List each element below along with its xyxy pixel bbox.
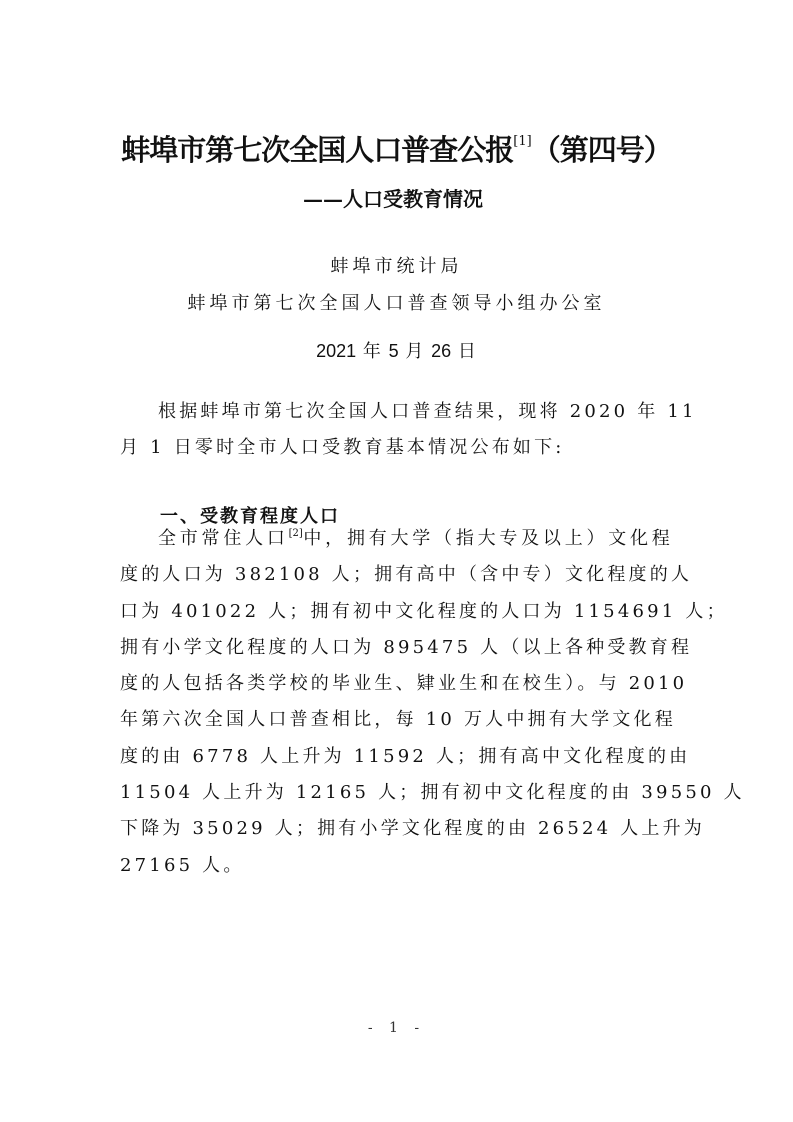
line-suffix: 中，拥有大学（指大专及以上）文化程 — [303, 528, 673, 549]
paragraph-line: 根据蚌埠市第七次全国人口普查结果，现将 2020 年 11 — [120, 394, 673, 430]
date-day-unit: 日 — [458, 341, 477, 362]
title-number: （第四号） — [532, 133, 672, 167]
paragraph-line: 度的人口为 382108 人；拥有高中（含中专）文化程度的人 — [120, 557, 673, 593]
paragraph-line: 下降为 35029 人；拥有小学文化程度的由 26524 人上升为 — [120, 811, 673, 847]
document-title: 蚌埠市第七次全国人口普查公报[1]（第四号） — [0, 128, 793, 172]
date-year-unit: 年 — [363, 341, 382, 362]
paragraph-line: 年第六次全国人口普查相比，每 10 万人中拥有大学文化程 — [120, 702, 673, 738]
footnote-ref: [2] — [289, 528, 303, 539]
paragraph-line: 月 1 日零时全市人口受教育基本情况公布如下: — [120, 430, 673, 466]
paragraph-line: 度的人包括各类学校的毕业生、肄业生和在校生）。与 2010 — [120, 666, 673, 702]
line-prefix: 全市常住人口 — [158, 528, 289, 549]
date-month-unit: 月 — [405, 341, 424, 362]
paragraph-line: 度的由 6778 人上升为 11592 人；拥有高中文化程度的由 — [120, 739, 673, 775]
document-subtitle: ——人口受教育情况 — [303, 184, 483, 214]
page-number: - 1 - — [0, 1018, 793, 1038]
issuer-statistics-bureau: 蚌埠市统计局 — [0, 253, 793, 281]
section-paragraph: 全市常住人口[2]中，拥有大学（指大专及以上）文化程 度的人口为 382108 … — [120, 521, 673, 884]
title-main: 蚌埠市第七次全国人口普查公报 — [121, 133, 513, 167]
paragraph-line: 11504 人上升为 12165 人；拥有初中文化程度的由 39550 人 — [120, 775, 673, 811]
intro-paragraph: 根据蚌埠市第七次全国人口普查结果，现将 2020 年 11 月 1 日零时全市人… — [120, 394, 673, 467]
paragraph-line: 拥有小学文化程度的人口为 895475 人（以上各种受教育程 — [120, 630, 673, 666]
date-year: 2021 — [316, 341, 356, 361]
date-month: 5 — [389, 341, 399, 361]
document-page: 蚌埠市第七次全国人口普查公报[1]（第四号） ——人口受教育情况 蚌埠市统计局 … — [0, 0, 793, 1122]
title-footnote-ref: [1] — [513, 134, 531, 149]
date-day: 26 — [431, 341, 451, 361]
publish-date: 2021 年 5 月 26 日 — [0, 337, 793, 366]
paragraph-line: 口为 401022 人；拥有初中文化程度的人口为 1154691 人； — [120, 594, 673, 630]
paragraph-line: 27165 人。 — [120, 848, 673, 884]
issuer-census-office: 蚌埠市第七次全国人口普查领导小组办公室 — [0, 290, 793, 318]
paragraph-line: 全市常住人口[2]中，拥有大学（指大专及以上）文化程 — [120, 521, 673, 557]
